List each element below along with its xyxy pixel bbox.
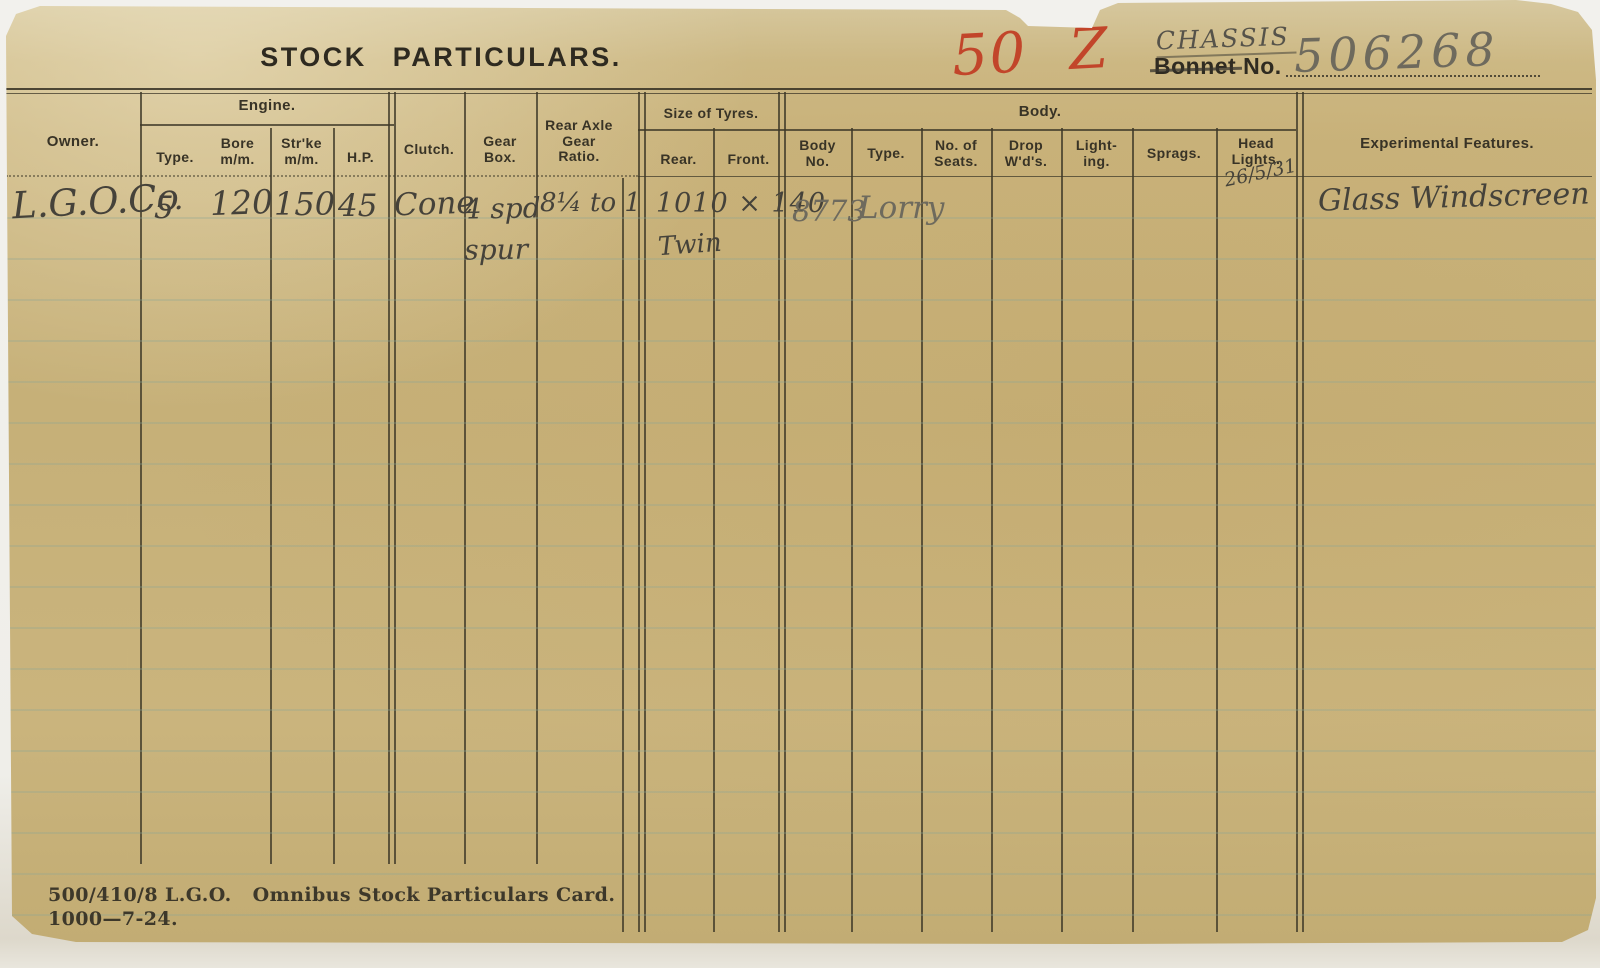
column-header-owner: Owner.: [6, 134, 140, 150]
engine-group-underline: [140, 124, 394, 126]
card-title: STOCK PARTICULARS.: [236, 42, 646, 73]
column-header-clutch: Clutch.: [394, 142, 464, 158]
grid-vline: [644, 92, 646, 932]
ledger-ruling: [6, 178, 1595, 942]
column-header-body-no: Body No.: [784, 138, 851, 169]
grid-vline: [921, 128, 923, 932]
column-header-body-type: Type.: [851, 146, 921, 162]
column-header-engine-group: Engine.: [140, 98, 394, 114]
grid-vline: [1132, 128, 1134, 932]
column-header-tyres-rear: Rear.: [644, 152, 713, 168]
header-bottom-rule-solid: [638, 176, 1592, 177]
grid-vline: [991, 128, 993, 932]
column-header-stroke: Str'ke m/m.: [270, 136, 333, 167]
column-header-lighting: Light- ing.: [1061, 138, 1132, 169]
entry-engine-hp: 45: [338, 190, 377, 223]
grid-vline: [622, 178, 624, 932]
column-header-tyres-group: Size of Tyres.: [638, 106, 784, 122]
column-header-tyres-front: Front.: [713, 152, 784, 168]
entry-body-type: Lorry: [858, 192, 944, 225]
grid-vline: [638, 92, 640, 932]
entry-engine-bore: 120: [209, 185, 273, 222]
bonnet-word-struck-through: Bonnet: [1154, 53, 1236, 80]
column-header-drop-windows: Drop W'd's.: [991, 138, 1061, 169]
entry-engine-type: 5·: [154, 192, 184, 225]
column-header-seats: No. of Seats.: [921, 138, 991, 169]
grid-vline: [333, 128, 335, 864]
tyres-group-underline: [638, 129, 784, 131]
grid-vline: [1216, 128, 1218, 932]
entry-engine-stroke: 150: [274, 188, 335, 222]
double-rule: [6, 88, 1592, 94]
grid-vline: [270, 128, 272, 864]
column-header-body-group: Body.: [784, 104, 1296, 120]
column-header-experimental: Experimental Features.: [1302, 136, 1592, 152]
column-header-engine-type: Type.: [140, 150, 210, 166]
entry-body-no: 8773: [792, 196, 866, 226]
column-header-gear-box: Gear Box.: [464, 134, 536, 165]
no-label: No.: [1236, 53, 1281, 80]
footer-form-reference: 500/410/8 L.G.O. Omnibus Stock Particula…: [48, 884, 615, 906]
entry-rear-axle-ratio: 8¼ to 1: [540, 190, 641, 217]
grid-vline: [1061, 128, 1063, 932]
grid-vline: [1302, 92, 1304, 932]
grid-vline: [851, 128, 853, 932]
column-header-bore: Bore m/m.: [205, 136, 270, 167]
bonnet-number-pencil: 506268: [1293, 19, 1585, 83]
entry-tyre-twin-note: Twin: [657, 230, 722, 262]
entry-experimental-features: Glass Windscreen: [1318, 178, 1595, 217]
footer-print-run: 1000—7-24.: [48, 908, 178, 930]
column-header-rear-axle-ratio: Rear Axle Gear Ratio.: [534, 118, 624, 165]
stock-particulars-card: STOCK PARTICULARS. 50 Z CHASSIS Bonnet N…: [6, 0, 1598, 950]
column-header-hp: H.P.: [333, 150, 388, 166]
photo-background: { "colors":{ "card_background":"#c8b27b"…: [0, 0, 1600, 968]
entry-owner: L.G.O.Co: [11, 181, 141, 226]
body-group-underline: [784, 129, 1296, 131]
header-bottom-rule-dotted: [6, 175, 638, 177]
grid-vline: [388, 92, 390, 864]
fleet-code-red-crayon: 50 Z: [950, 16, 1111, 89]
column-header-sprags: Sprags.: [1132, 146, 1216, 162]
grid-vline: [1296, 92, 1298, 932]
entry-gear-box: 4 spd spur: [463, 187, 541, 270]
